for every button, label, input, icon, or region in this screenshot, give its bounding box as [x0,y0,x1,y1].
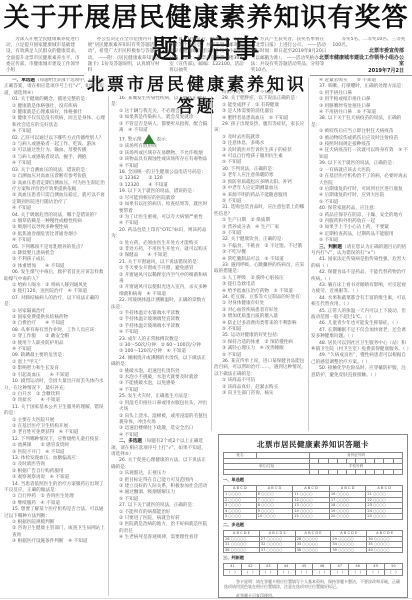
quiz-column-4: ④ 赶紧去购买 ⑤ 不知道37. 咳嗽、打喷嚏时，正确的处理方法是：① 用手捂住… [311,78,409,431]
answer-option[interactable]: ① 用湿毛巾捂住口鼻或用衣服包住头，冲出火场 [111,401,209,414]
question: 22. 用玻璃体温计测腋温时，正确的读数方法是： [111,298,209,311]
question: 33. 遇到呼吸、心跳骤停的伤病员，应采取的措施是： [214,263,306,276]
question: 06. 发生煤气中毒后，救护者首先应该怎样救助煤气中毒的人？ [4,270,106,283]
answer-option[interactable]: ① 处方药，必须由医生开处方才能购买 [111,241,209,247]
answer-option[interactable]: ② 在基层医疗机构治不了的病，必要时再去大医院 [311,174,409,187]
signature-org-2: 北票市健康城市建设工作领导小组办公室 [318,55,404,68]
answer-bubble-cell[interactable]: 25 ○○○○ [366,514,403,520]
answer-option[interactable]: ① 药品应保存在阴凉、干燥、安全的地方 [311,213,409,219]
intro-column-2: 办公室决定在全市范围内开展“居民健康素养知识有奖答题活动”，希望广大市民积极参与… [88,37,164,73]
question: 27. 以下关于就医的说法，正确的是： [111,503,209,509]
question: 17. 警示图 表示： [111,134,209,144]
signature-date: 2019年7月2日 [318,68,404,75]
question: 10. 剧烈运动时，会因大量出汗而丢失体内水分，在这种情况下，最好补充： [4,379,106,392]
question: 07. 对肺结核病人的治疗，以下说法正确的是： [4,296,106,309]
question: 11. 关于国家基本公共卫生服务的理解，错误的是： [4,405,106,418]
quiz-column-2: 16. 某城发生传染性疾病，以下做法正确的是：① 这十辆与我无关，不必理会② 如… [111,96,209,598]
answer-option[interactable]: ③ 医院就是治病的地方，治不好病就是医院的责任 [111,522,209,535]
answer-card-instructions: 答卡说明：请在答题卡相应位置填写个人基本资料，保持答题卡整洁，不要涂改和弄破，正… [224,579,402,591]
question: 50. 接触化学危险品时，应穿戴防护服，注意防护，避免皮肤直接接触。（ ） [311,366,409,379]
page-bottom-rule [0,598,412,599]
question: 26. 关于促进心理健康的方法，以下说法正确的是： [111,458,209,471]
answer-card-title: 北票市居民健康素养知识答题卡 [219,439,407,450]
intro-column-1: 为深入开展全民健康素养促进行动，立足提升国家健康城市基础建设，有效满足人民群众的… [6,37,82,73]
section-heading: 一、单选题（每题给出的4个选项中，只有1个正确答案，请在相应选项序号上打“√”，… [4,78,106,97]
question: 43. 躺在床上看书对眼睛有影响，可引起视力疲劳、近视眼等。（ ） [311,283,409,296]
unit-field[interactable] [224,469,310,475]
question: 19. 以下关于就医的说法，错误的是： [111,189,209,195]
section-heading: 二、多选题（每题有2个或2个以上正确选项，请在相应选项序号上打“√”，如果不知道… [111,439,209,458]
judge-answer-blank[interactable]: ( ) [259,569,277,575]
multi-choice-label: 二、多选题 [223,522,407,528]
answer-bubble-cell[interactable]: 5 ○○○○ [224,514,257,520]
answer-option[interactable]: ③ 开窗通风可以使阳光进入室内，杀灭多种细菌和病毒 ④ 不知道 [111,285,209,298]
true-false-grid: 41424344454647484950( )( )( )( )( )( )( … [223,563,403,575]
judge-answer-blank[interactable]: ( ) [295,569,313,575]
question: 36. 某宣传单上说，进口某保健食品能包治百病，可以帮助治疗……，遇到这种情况，… [214,359,306,378]
judge-answer-blank[interactable]: ( ) [313,569,331,575]
answer-bubble-cell[interactable]: 36 ○○○○○ [224,547,260,553]
judge-answer-blank[interactable]: ( ) [331,569,349,575]
intro-column-3: 真，身份证号，联系方式，家庭住址等个人信息，并将答题卡邮寄或送至市健康城市建设工… [169,37,245,73]
answer-option[interactable]: ③ 向卫生部门咨询、核实 [214,391,306,397]
answer-option[interactable]: ③ 不管是否是病人，都要听从指挥，配合隔离 ④ 不知道 [111,122,209,135]
question: 49. “久病成良医”，慢性病患者可以根据自己的感觉调整治疗方案。（ ） [311,353,409,366]
answer-option[interactable]: ② 开窗通风可以稀释室内空气中的细菌和病毒 [111,273,209,286]
judge-answer-blank[interactable]: ( ) [224,569,242,575]
answer-option[interactable]: ② 如果有以往的病历、检查结果等，就医时要带着 [111,202,209,215]
answer-bubble-cell[interactable]: 20 ○○○○ [329,514,366,520]
warning-triangle-icon [143,134,155,144]
question: 39. 以下关于就医的说法，正确的是： [311,161,409,167]
answer-option[interactable]: ③ 健康不仅仅是没有疾病，而且是身体、心理和社会适应的完好状态 [4,116,106,129]
question: 38. 以下关于狂犬病疫苗的说法，正确的是： [311,116,409,129]
column-divider [108,96,109,596]
question: 24. 刚刚烧开或沸腾的水烫伤，以下做法正确的是： [111,356,209,369]
intro-column-4: 方式产生获奖者，获奖名单将在《北票日报》上进行公示。 ——活动参与时间：即日起至… [251,37,327,73]
answer-option[interactable]: ③ 高血压患者只需自测血压稳定，就可以不再定期到医院进行随访治疗了 [4,193,106,206]
answer-bubble-cell[interactable]: 10 ○○○○ [256,514,293,520]
judge-answer-blank[interactable]: ( ) [385,569,403,575]
question: 14. 当患者依照医生的治疗方案服药后出现了不良反应，正确的做法是： [4,482,106,495]
question: 04. 关于吸烟危害的说法，哪个是错误的？ [4,213,106,219]
answer-option[interactable]: ② 向头上浇水、湿棉被，或用浸湿的毛毯包裹身体，冲出火场 [111,414,209,427]
section-label: 三、判断题 [319,245,342,250]
answer-bubble-cell[interactable]: 39 ○○○○○ [331,547,367,553]
judge-label: 三、判断题 [223,555,407,561]
question: 20. 药品包装上印有“OTC”标识，则该药品为： [111,228,209,241]
question: 42. 保健食品不是药品，不能代替药物治疗疾病。（ ） [311,270,409,283]
answer-option[interactable]: ② 咨询卫生健康主管部门，或查卫生局网站上查询 [4,526,106,539]
answer-bubble-cell[interactable]: 37 ○○○○○ [259,547,295,553]
answer-bubble-cell[interactable]: 40 ○○○○○ [367,547,403,553]
question: 28. 关于肥胖症，以下说法正确的是： [214,96,306,102]
signature-block: 北票市委宣传部 北票市健康城市建设工作领导小组办公室 2019年7月2日 [318,48,404,74]
question: 44. 水果和蔬菜都含有丰富的维生素，可以相互代替食用。（ ） [311,296,409,309]
answer-option[interactable]: ② 高血压患者定期自测血压，可为医生制定治疗方案和评价治疗效果提供依据 [4,181,106,194]
answer-bubble-cell[interactable]: 38 ○○○○○ [295,547,331,553]
answer-option[interactable]: ③ 为了让医生重视，可以夸大病情严重性 ④ 不知道 [111,215,209,228]
question: 15. 想要了解某个医疗机构是否合法，可以通过以下哪种方法判断： [4,507,106,520]
multi-choice-grid: A B C D EA B C D EA B C D EA B C D EA B … [223,530,403,553]
answer-bubble-cell[interactable]: 15 ○○○○ [293,514,330,520]
judge-answer-blank[interactable]: ( ) [241,569,259,575]
judge-answer-blank[interactable]: ( ) [349,569,367,575]
quiz-column-3: 待治疗结果 ⑤ 不知道28. 关于肥胖症，以下说法正确的是：① 能变成胖子 ② … [214,90,306,430]
judge-answer-blank[interactable]: ( ) [277,569,295,575]
question: 31. 选购包装食品时，应注意包装上的哪些信息？ [214,205,306,218]
question: 47. 长期睡眠不足不仅会加快衰老，还会诱发多种健康问题。（ ） [311,328,409,341]
answer-option[interactable]: ③ 该物品具有腐蚀性或该场所存在有毒物品 ④ 不知道 [111,157,209,170]
answer-card: 北票市居民健康素养知识答题卡 姓名 身份证号码 单位/住址 手机号码 一、单选题… [218,434,408,598]
single-choice-label: 一、单选题 [223,477,407,483]
section-heading: 三、判断题（请在您认为正确的题目后的括号内打“√”，认为错误的打“×”） [311,245,409,258]
single-choice-grid: A B C DA B C DA B C DA B C DA B C D1 ○○○… [223,485,403,520]
answer-option[interactable]: ③ 根据医疗设施条件判断 ④ 不知道 [4,539,106,545]
section-label: 一、单选题 [12,78,35,83]
answer-option[interactable]: ④ 生老病死是客观规律，需要理性看待 [111,535,209,541]
quiz-column-1: 一、单选题（每题给出的4个选项中，只有1个正确答案，请在相应选项序号上打“√”，… [4,78,106,598]
section-label: 二、多选题 [119,439,142,444]
column-divider [308,78,309,431]
question: 41. 国家法定传染病是指传染性强、危害大的病（ ） [311,257,409,270]
question: 29. 孩子出现发热、腹泻等症状，家长应该： [214,122,306,135]
question: 37. 咳嗽、打喷嚏时，正确的处理方法是： [311,84,409,90]
signature-org-1: 北票市委宣传部 [318,48,404,55]
judge-answer-blank[interactable]: ( ) [367,569,385,575]
answer-option[interactable]: ④ 狂犬病疫苗打一次就可以终身有效 ⑤ 不知道 [311,148,409,161]
question: 46. 儿童青少年也可能发生抑郁症。（ ） [311,321,409,327]
column-divider [211,96,212,431]
question: 48. 居民可以到社区卫生服务中心（站）和乡镇卫生院（村卫生室）免费获得健康服务… [311,341,409,354]
question: 16. 某城发生传染性疾病，以下做法正确的是： [111,96,209,109]
personal-info-table: 姓名 身份证号码 单位/住址 手机号码 [223,452,403,475]
question: 45. 正常人的体温一天内可以上下波动，但波动范围一般不超过1℃。（ ） [311,309,409,322]
